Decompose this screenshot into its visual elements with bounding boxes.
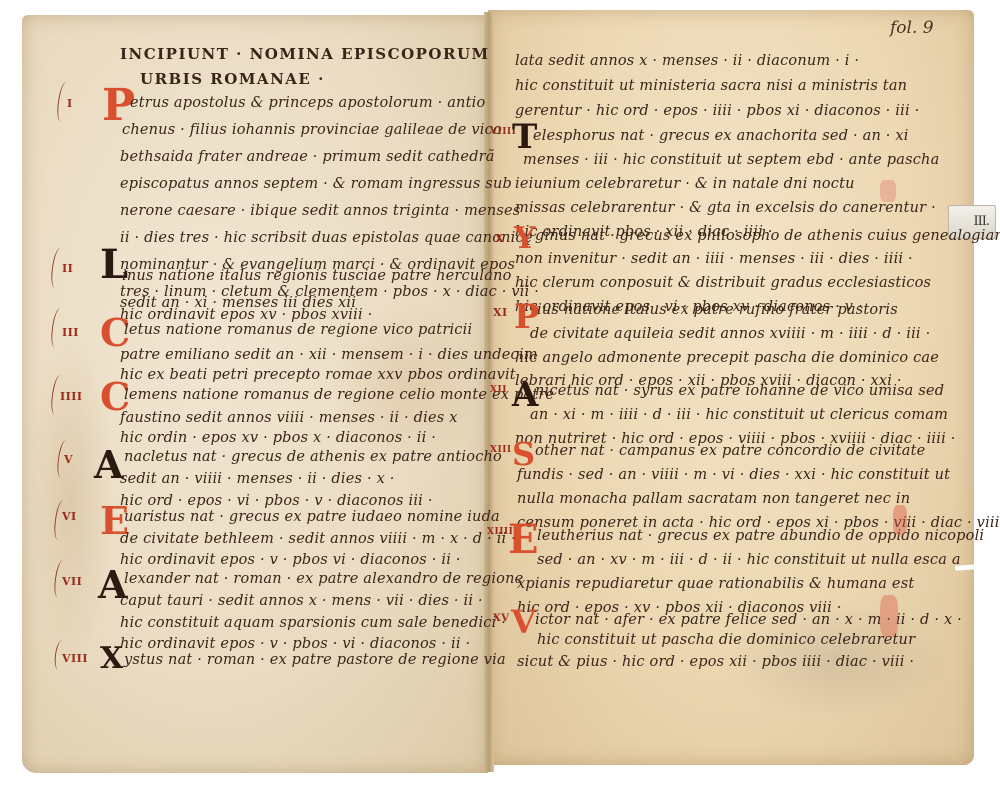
text-line: hic constituit aquam sparsionis cum sale… (120, 615, 506, 631)
text-line: nicetus nat · syrus ex patre iohanne de … (535, 383, 944, 399)
illuminated-initial-S: S (512, 438, 535, 470)
text-line: ieiunium celebraretur · & in natale dni … (515, 176, 855, 192)
text-line: de civitate bethleem · sedit annos viiii… (120, 531, 516, 547)
text-line: sedit an · viiii · menses · ii · dies · … (120, 471, 395, 487)
text-line: lata sedit annos x · menses · ii · diaco… (515, 53, 859, 69)
text-line: hic ex beati petri precepto romae xxv pb… (120, 367, 516, 383)
text-line: missas celebrarentur · & gta in excelsis… (515, 200, 936, 216)
text-line: nerone caesare · ibique sedit annos trig… (120, 203, 520, 219)
entry-numeral: VI (62, 510, 77, 523)
text-line: letus natione romanus de regione vico pa… (124, 322, 472, 338)
text-line: sed · an · xv · m · iii · d · ii · hic c… (537, 552, 961, 568)
folio-number: fol. 9 (890, 18, 934, 38)
entry-numeral: VIII (62, 652, 88, 665)
text-line: ii · dies tres · hic scribsit duas epist… (120, 230, 533, 246)
entry-numeral: X (495, 232, 504, 245)
text-line: lexander nat · roman · ex patre alexandr… (124, 571, 523, 587)
illuminated-initial-X: X (100, 644, 123, 674)
text-line: ius natione italus ex patre rufino frate… (537, 302, 898, 318)
text-line: uaristus nat · grecus ex patre iudaeo no… (124, 509, 500, 525)
text-line: hic ordin · epos xv · pbos x · diaconos … (120, 430, 436, 446)
text-line: hic ordinavit epos xv · pbos xviii · (120, 307, 372, 323)
text-line: caput tauri · sedit annos x · mens · vii… (120, 593, 483, 609)
text-line: chenus · filius iohannis provinciae gali… (122, 122, 502, 138)
entry-numeral: I (67, 97, 73, 110)
text-line: hic ord · epos · vi · pbos · v · diacono… (120, 493, 433, 509)
text-line: hic clerum conposuit & distribuit gradus… (515, 275, 931, 291)
text-line: fundis · sed · an · viiii · m · vi · die… (517, 467, 950, 483)
text-line: hic ordinavit epos · v · pbos · vi · dia… (120, 636, 470, 652)
text-line: hic constituit ut ministeria sacra nisi … (515, 78, 907, 94)
text-line: non invenitur · sedit an · iiii · menses… (515, 251, 913, 267)
text-line: nacletus nat · grecus de athenis ex patr… (124, 449, 502, 465)
text-line: ictor nat · afer · ex patre felice sed ·… (535, 612, 962, 628)
entry-numeral: XII (490, 385, 507, 395)
entry-numeral: XV (493, 613, 510, 624)
text-line: hic constituit ut pascha die dominico ce… (537, 632, 915, 648)
text-line: an · xi · m · iiii · d · iii · hic const… (530, 407, 948, 423)
text-line: patre emiliano sedit an · xii · mensem ·… (120, 347, 538, 363)
text-line: gerentur · hic ord · epos · iiii · pbos … (515, 103, 919, 119)
text-line: de civitate aquileia sedit annos xviiii … (530, 326, 930, 342)
entry-numeral: XI (493, 306, 508, 319)
text-line: leutherius nat · grecus ex patre abundio… (537, 528, 984, 544)
illuminated-initial-V: V (511, 606, 536, 638)
text-line: ystus nat · roman · ex patre pastore de … (124, 652, 506, 668)
entry-numeral: VII (62, 575, 82, 588)
entry-numeral: XIII (490, 445, 512, 455)
tab-label: III. (973, 214, 989, 229)
entry-numeral: II (62, 262, 73, 275)
text-line: menses · iii · hic constituit ut septem … (523, 152, 939, 168)
incipit-title-1: INCIPIUNT · NOMINA EPISCOPORUM (120, 45, 490, 63)
illuminated-initial-E: E (508, 520, 539, 560)
entry-numeral: V (64, 453, 73, 466)
text-line: etrus apostolus & princeps apostolorum ·… (130, 95, 485, 111)
text-line: hic angelo admonente precepit pascha die… (515, 350, 939, 366)
text-line: episcopatus annos septem · & romam ingre… (120, 176, 512, 192)
text-line: hic ordinavit epos · v · pbos vi · diaco… (120, 552, 461, 568)
text-line: sicut & pius · hic ord · epos xii · pbos… (517, 654, 914, 670)
text-line: faustino sedit annos viiii · menses · ii… (120, 410, 458, 426)
text-line: xpianis repudiaretur quae rationabilis &… (517, 576, 914, 592)
illuminated-initial-Y: Y (514, 224, 535, 254)
text-line: nulla monacha pallam sacratam non tanger… (517, 491, 910, 507)
text-line: other nat · campanus ex patre concordio … (535, 443, 925, 459)
text-line: ginus nat · grecus ex philosopho de athe… (535, 228, 1000, 244)
incipit-title-2: URBIS ROMANAE · (140, 70, 325, 88)
entry-numeral: III (62, 326, 79, 339)
text-line: bethsaida frater andreae · primum sedit … (120, 149, 495, 165)
entry-numeral: IIII (60, 390, 83, 403)
text-line: elesphorus nat · grecus ex anachorita se… (533, 128, 909, 144)
text-line: inus natione italus regionis tusciae pat… (122, 268, 512, 284)
